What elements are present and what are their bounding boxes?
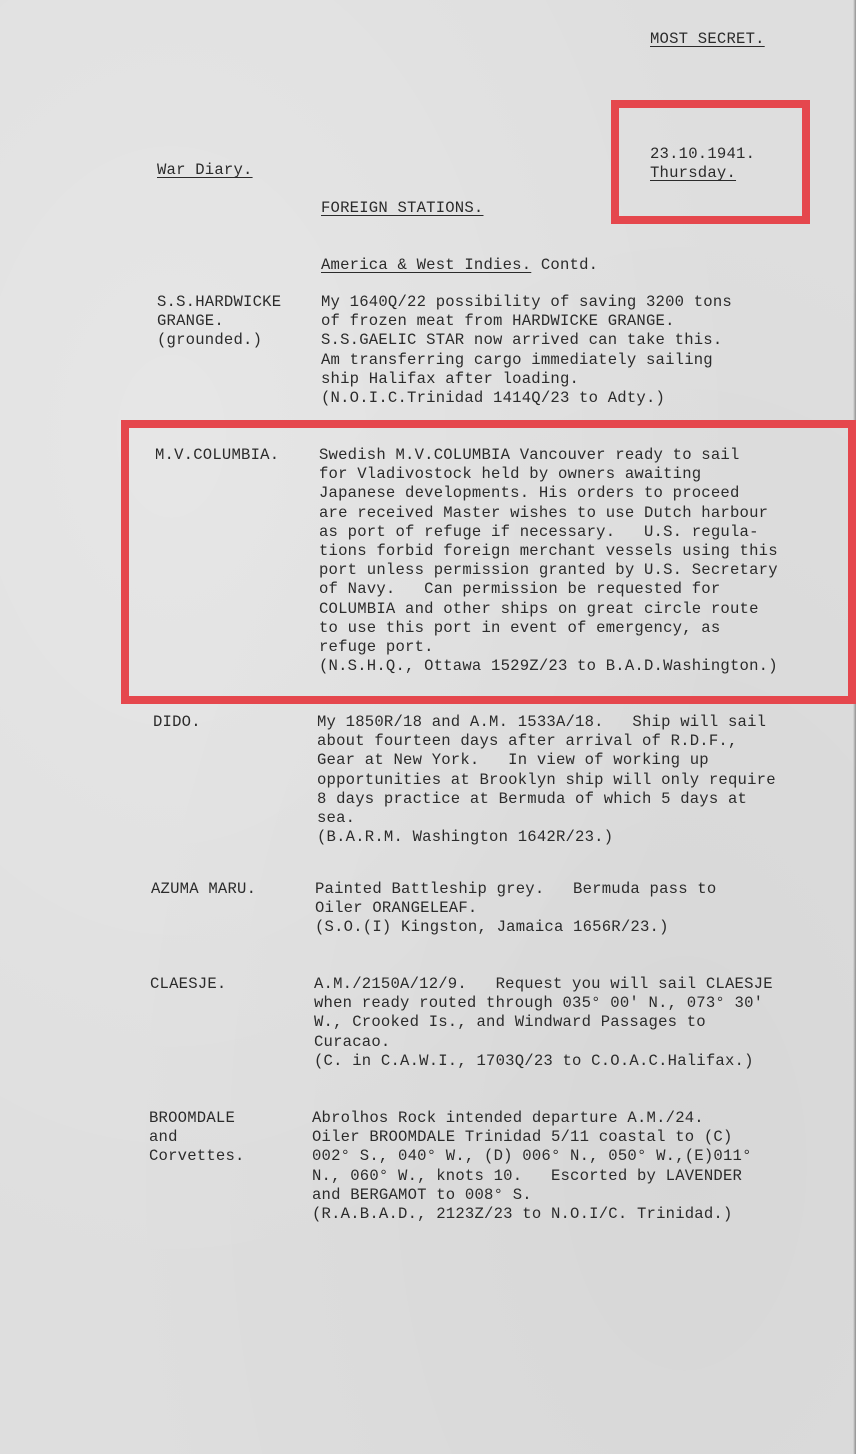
entry-body-line: W., Crooked Is., and Windward Passages t… (314, 1013, 773, 1032)
entry-body-line: of frozen meat from HARDWICKE GRANGE. (321, 312, 732, 331)
diary-weekday: Thursday. (650, 164, 736, 183)
entry-source-reference: (C. in C.A.W.I., 1703Q/23 to C.O.A.C.Hal… (314, 1052, 773, 1071)
entry-body-line: 8 days practice at Bermuda of which 5 da… (317, 790, 776, 809)
entry-body-line: Am transferring cargo immediately sailin… (321, 351, 732, 370)
entry-source-reference: (N.O.I.C.Trinidad 1414Q/23 to Adty.) (321, 389, 732, 408)
classification-marking: MOST SECRET. (650, 30, 765, 49)
diary-date: 23.10.1941. (650, 145, 755, 164)
entry-body-line: and BERGAMOT to 008° S. (312, 1186, 752, 1205)
entry-body-line: My 1850R/18 and A.M. 1533A/18. Ship will… (317, 713, 776, 732)
entry-body-line: Japanese developments. His orders to pro… (319, 484, 778, 503)
entry-body-line: of Navy. Can permission be requested for (319, 580, 778, 599)
entry-body-line: opportunities at Brooklyn ship will only… (317, 771, 776, 790)
entry-body-line: tions forbid foreign merchant vessels us… (319, 542, 778, 561)
entry-source-reference: (R.A.B.A.D., 2123Z/23 to N.O.I/C. Trinid… (312, 1205, 752, 1224)
entry-source-reference: (S.O.(I) Kingston, Jamaica 1656R/23.) (315, 918, 716, 937)
entry-label-line: S.S.HARDWICKE (157, 293, 281, 312)
subsection-title: America & West Indies. (321, 256, 531, 274)
entry-body: My 1640Q/22 possibility of saving 3200 t… (321, 293, 732, 408)
entry-body-line: Curacao. (314, 1033, 773, 1052)
entry-body-line: about fourteen days after arrival of R.D… (317, 732, 776, 751)
entry-label-line: and (149, 1128, 245, 1147)
section-heading: FOREIGN STATIONS. (321, 199, 483, 218)
entry-label: DIDO. (153, 713, 201, 732)
entry-label: M.V.COLUMBIA. (155, 446, 279, 465)
entry-body-line: Abrolhos Rock intended departure A.M./24… (312, 1109, 752, 1128)
diary-title: War Diary. (157, 161, 253, 180)
subsection-suffix: Contd. (531, 256, 598, 274)
entry-label-line: CLAESJE. (150, 975, 226, 994)
entry-label-line: AZUMA MARU. (151, 880, 256, 899)
entry-body-line: 002° S., 040° W., (D) 006° N., 050° W.,(… (312, 1147, 752, 1166)
entry-body-line: ship Halifax after loading. (321, 370, 732, 389)
entry-label: AZUMA MARU. (151, 880, 256, 899)
entry-body-line: Swedish M.V.COLUMBIA Vancouver ready to … (319, 446, 778, 465)
entry-body: A.M./2150A/12/9. Request you will sail C… (314, 975, 773, 1071)
entry-body-line: for Vladivostock held by owners awaiting (319, 465, 778, 484)
entry-label-line: Corvettes. (149, 1147, 245, 1166)
entry-body-line: My 1640Q/22 possibility of saving 3200 t… (321, 293, 732, 312)
entry-body-line: COLUMBIA and other ships on great circle… (319, 600, 778, 619)
document-page: MOST SECRET. 23.10.1941. Thursday. War D… (0, 0, 856, 1454)
entry-label: CLAESJE. (150, 975, 226, 994)
entry-body: Swedish M.V.COLUMBIA Vancouver ready to … (319, 446, 778, 676)
entry-body-line: Oiler BROOMDALE Trinidad 5/11 coastal to… (312, 1128, 752, 1147)
entry-label-line: DIDO. (153, 713, 201, 732)
entry-label: BROOMDALEandCorvettes. (149, 1109, 245, 1167)
entry-source-reference: (N.S.H.Q., Ottawa 1529Z/23 to B.A.D.Wash… (319, 657, 778, 676)
entry-body-line: sea. (317, 809, 776, 828)
entry-body: Painted Battleship grey. Bermuda pass to… (315, 880, 716, 938)
entry-label-line: GRANGE. (157, 312, 281, 331)
entry-body-line: port unless permission granted by U.S. S… (319, 561, 778, 580)
entry-body: My 1850R/18 and A.M. 1533A/18. Ship will… (317, 713, 776, 847)
entry-body-line: to use this port in event of emergency, … (319, 619, 778, 638)
entry-body: Abrolhos Rock intended departure A.M./24… (312, 1109, 752, 1224)
entry-body-line: Gear at New York. In view of working up (317, 751, 776, 770)
entry-label-line: (grounded.) (157, 331, 281, 350)
entry-body-line: when ready routed through 035° 00' N., 0… (314, 994, 773, 1013)
entry-source-reference: (B.A.R.M. Washington 1642R/23.) (317, 828, 776, 847)
subsection-heading: America & West Indies. Contd. (321, 256, 598, 275)
entry-body-line: are received Master wishes to use Dutch … (319, 504, 778, 523)
entry-body-line: N., 060° W., knots 10. Escorted by LAVEN… (312, 1167, 752, 1186)
entry-label-line: BROOMDALE (149, 1109, 245, 1128)
entry-label: S.S.HARDWICKEGRANGE.(grounded.) (157, 293, 281, 351)
entry-body-line: S.S.GAELIC STAR now arrived can take thi… (321, 331, 732, 350)
entry-body-line: A.M./2150A/12/9. Request you will sail C… (314, 975, 773, 994)
entry-body-line: refuge port. (319, 638, 778, 657)
entry-body-line: Painted Battleship grey. Bermuda pass to (315, 880, 716, 899)
entry-body-line: Oiler ORANGELEAF. (315, 899, 716, 918)
entry-label-line: M.V.COLUMBIA. (155, 446, 279, 465)
entry-body-line: as port of refuge if necessary. U.S. reg… (319, 523, 778, 542)
